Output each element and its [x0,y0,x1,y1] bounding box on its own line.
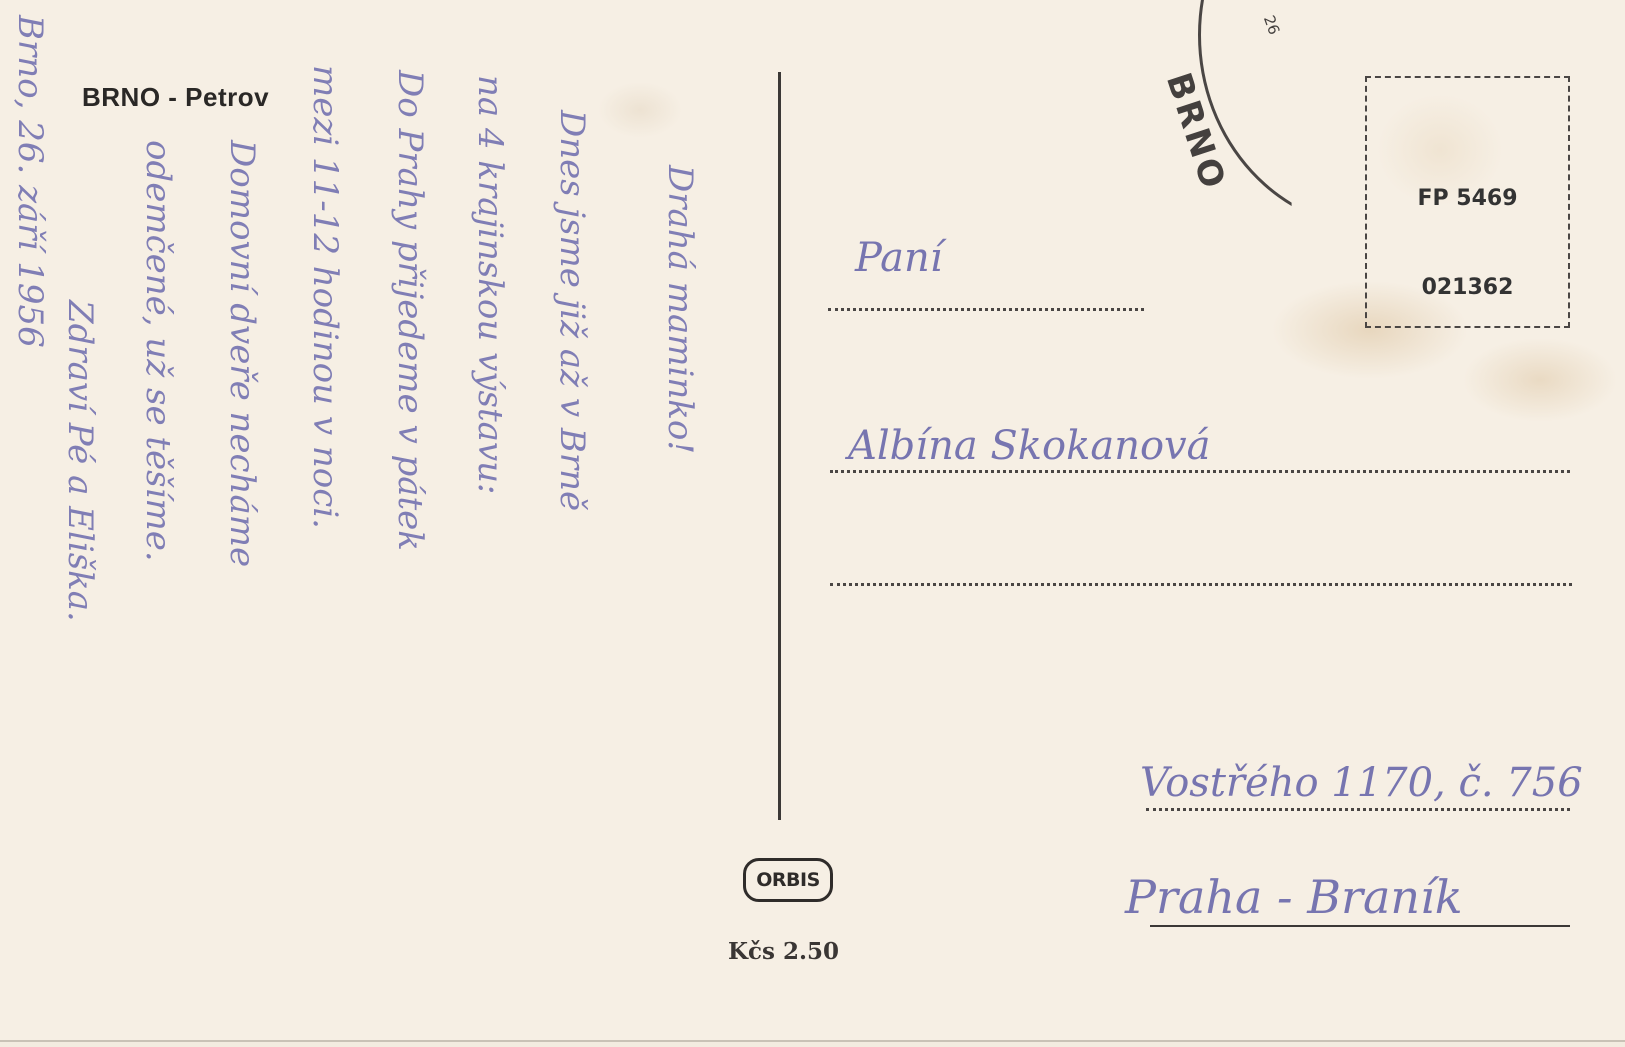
address-city: Praha - Braník [1125,870,1463,924]
stamp-serial: 021362 [1367,275,1568,300]
address-name: Albína Skokanová [848,423,1211,469]
publisher-logo: ORBIS [743,858,833,902]
address-line-5 [1150,925,1570,927]
message-line: Do Prahy přijedeme v pátek [390,70,430,551]
address-street: Vostřého 1170, č. 756 [1140,760,1583,806]
address-line-4 [1146,808,1570,811]
message-line: Brno, 26. září 1956 [10,15,50,348]
message-line: Drahá maminko! [660,165,700,454]
message-line: Zdraví Pé a Eliška. [60,300,100,622]
message-line: mezi 11-12 hodinou v noci. [305,65,345,529]
address-salutation: Paní [855,235,943,281]
message-line: Domovní dveře necháme [222,140,262,567]
stamp-box: FP 5469 021362 [1365,76,1570,328]
postcard: BRNO - Petrov Drahá maminko! Dnes jsme j… [0,0,1625,1042]
address-line-3 [830,583,1572,586]
message-line: na 4 krajinskou výstavu: [470,75,510,494]
address-line-1 [828,308,1144,311]
address-line-2 [830,470,1570,473]
place-title: BRNO - Petrov [82,82,269,113]
message-line: Dnes jsme již až v Brně [552,110,592,511]
message-line: odemčené, už se těšíme. [138,140,178,562]
price-label: Kčs 2.50 [728,938,839,965]
stamp-fp-number: FP 5469 [1367,186,1568,211]
center-divider [778,72,781,820]
